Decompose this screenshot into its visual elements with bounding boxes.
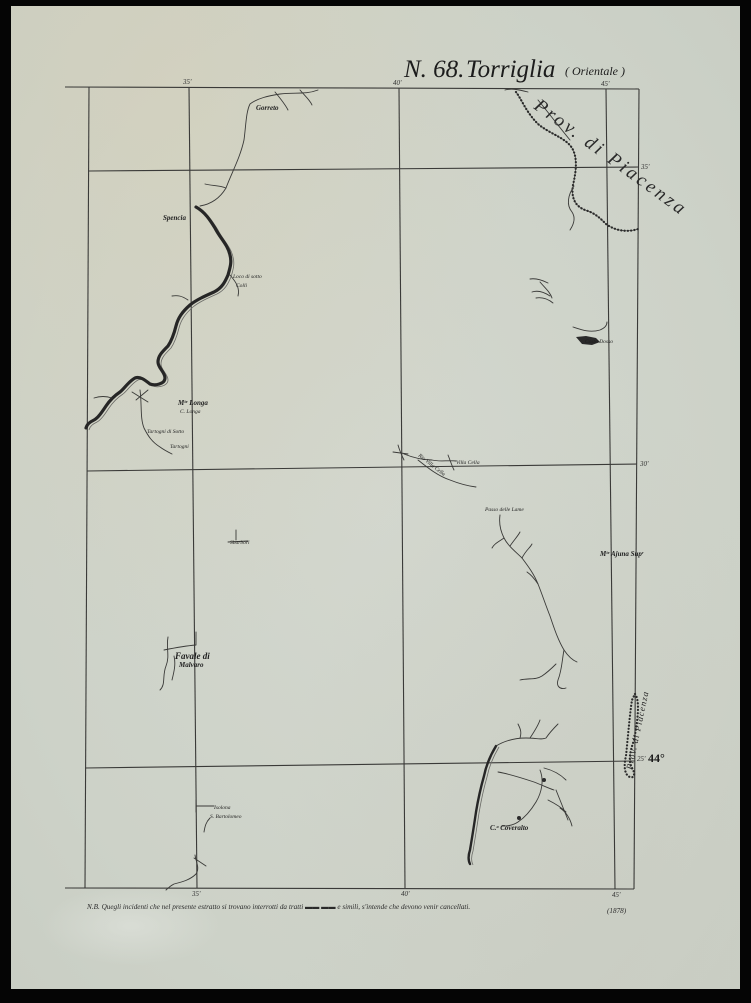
parallel-30 xyxy=(87,464,637,471)
province-boundary-north: Prov. di Piacenza xyxy=(505,89,692,231)
place-passo-delle-lame: Passo delle Lame xyxy=(484,507,524,513)
place-colli: Colli xyxy=(236,283,247,289)
grid-frame xyxy=(65,87,639,889)
peak-symbol xyxy=(517,816,521,820)
year-label: (1878) xyxy=(607,907,627,915)
peak-symbol xyxy=(542,778,546,782)
place-villa-cella: Villa Cella xyxy=(456,460,480,466)
place-gorreto: Gorreto xyxy=(256,104,279,112)
degree-labels: 35' 40' 45' 35' 30' 25' 44° 35' 40' 45' xyxy=(182,78,665,899)
label-bottom-35: 35' xyxy=(191,890,201,898)
label-top-40: 40' xyxy=(393,79,402,87)
topographic-map: N. 68. Torriglia ( Orientale ) 35' 40' 4… xyxy=(0,0,751,1003)
streams-east xyxy=(393,279,607,689)
river-label-rio-villa-cella: Rio Villa Cella xyxy=(416,452,446,478)
place-sbarbori: Sbarbori xyxy=(230,540,250,546)
place-monte-ajuna: Mᵗᵉ Ajuna Supʳ xyxy=(599,550,644,558)
sheet-name: Torriglia xyxy=(466,56,555,83)
map-title: N. 68. Torriglia ( Orientale ) xyxy=(403,56,625,83)
parallel-25 xyxy=(85,761,635,768)
place-tartogni-di-sotto: Tartogni di Sotto xyxy=(147,429,184,435)
sheet-number: N. 68. xyxy=(403,56,464,83)
place-isolona: Isolona xyxy=(213,805,231,811)
label-right-25: 25' xyxy=(637,755,646,763)
place-coveralto: C.ᵃ Coveralto xyxy=(490,824,529,832)
place-tartogni: Tartogni xyxy=(170,444,189,450)
place-spencia: Spencia xyxy=(163,214,186,222)
footnote: N.B. Quegli incidenti che nel presente e… xyxy=(86,903,470,911)
place-monte-longa: Mᵗᵉ Longa xyxy=(177,399,208,407)
label-bottom-40: 40' xyxy=(401,890,410,898)
frame-right xyxy=(634,89,639,889)
label-top-45: 45' xyxy=(601,80,610,88)
place-costa-dosso: Costa Dosso xyxy=(585,339,613,345)
place-malvaro: Malvaro xyxy=(178,661,204,669)
place-labels: Gorreto Spencia Loco di sotto Colli Mᵗᵉ … xyxy=(147,104,644,832)
place-c-longa: C. Longa xyxy=(180,409,201,415)
meridian-40 xyxy=(399,88,405,888)
place-favale-di: Favale di xyxy=(174,651,210,661)
sheet-subtitle: ( Orientale ) xyxy=(565,64,625,78)
frame-bottom xyxy=(65,888,634,889)
frame-top xyxy=(65,87,639,89)
province-boundary-south: Prov. di Piacenza xyxy=(624,690,651,777)
meridian-45 xyxy=(606,89,615,889)
label-bottom-45: 45' xyxy=(612,891,621,899)
parallel-35 xyxy=(89,167,639,171)
place-loco-di-sotto: Loco di sotto xyxy=(232,274,262,280)
streams-south-east xyxy=(469,664,573,865)
streams-south-west xyxy=(160,530,248,890)
label-right-30: 30' xyxy=(639,460,649,468)
province-label-north: Prov. di Piacenza xyxy=(529,94,691,220)
label-top-35: 35' xyxy=(182,78,192,86)
label-latitude-44: 44° xyxy=(648,751,665,765)
place-s-bartolomeo: S. Bartolomeo xyxy=(210,814,242,820)
